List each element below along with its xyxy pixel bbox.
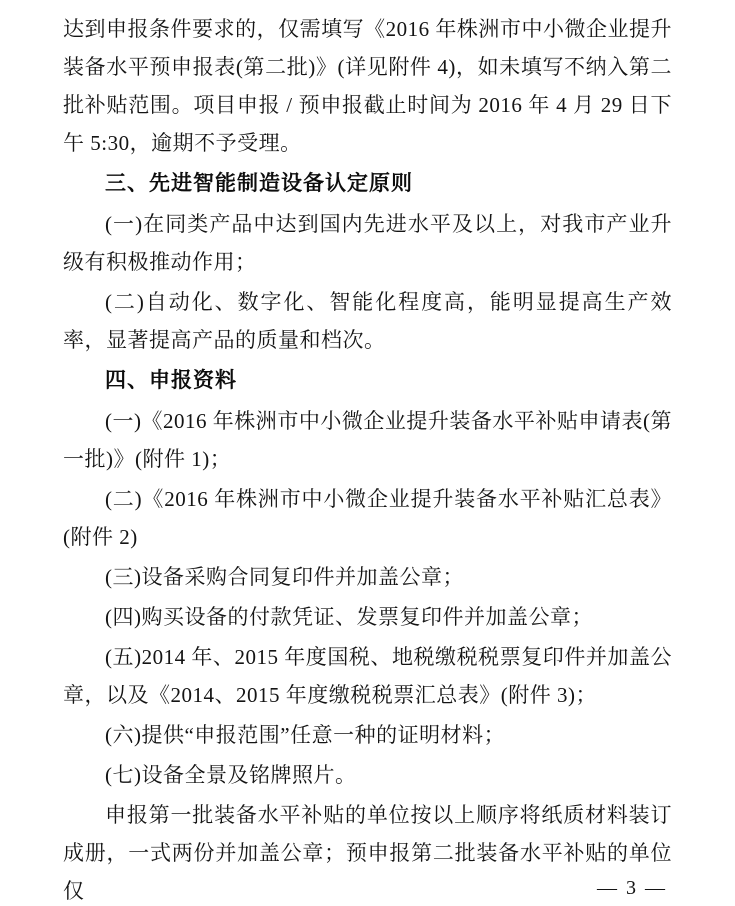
material-item-4: (四)购买设备的付款凭证、发票复印件并加盖公章； [63,598,672,636]
material-item-3: (三)设备采购合同复印件并加盖公章； [63,558,672,596]
material-item-1: (一)《2016 年株洲市中小微企业提升装备水平补贴申请表(第一批)》(附件 1… [63,402,672,478]
section-heading-3-principles: 三、先进智能制造设备认定原则 [63,165,672,203]
section-heading-4-materials: 四、申报资料 [63,362,672,400]
principle-item-1: (一)在同类产品中达到国内先进水平及以上，对我市产业升级有积极推动作用； [63,205,672,281]
closing-paragraph: 申报第一批装备水平补贴的单位按以上顺序将纸质材料装订成册，一式两份并加盖公章；预… [63,796,672,906]
material-item-5: (五)2014 年、2015 年度国税、地税缴税税票复印件并加盖公章，以及《20… [63,638,672,714]
material-item-2: (二)《2016 年株洲市中小微企业提升装备水平补贴汇总表》(附件 2) [63,480,672,556]
material-item-7: (七)设备全景及铭牌照片。 [63,756,672,794]
paragraph-continuation-top: 达到申报条件要求的，仅需填写《2016 年株洲市中小微企业提升装备水平预申报表(… [63,10,672,162]
document-page: 达到申报条件要求的，仅需填写《2016 年株洲市中小微企业提升装备水平预申报表(… [0,0,735,906]
page-number: — 3 — [597,876,667,900]
material-item-6: (六)提供“申报范围”任意一种的证明材料； [63,716,672,754]
principle-item-2: (二)自动化、数字化、智能化程度高，能明显提高生产效率，显著提高产品的质量和档次… [63,283,672,359]
